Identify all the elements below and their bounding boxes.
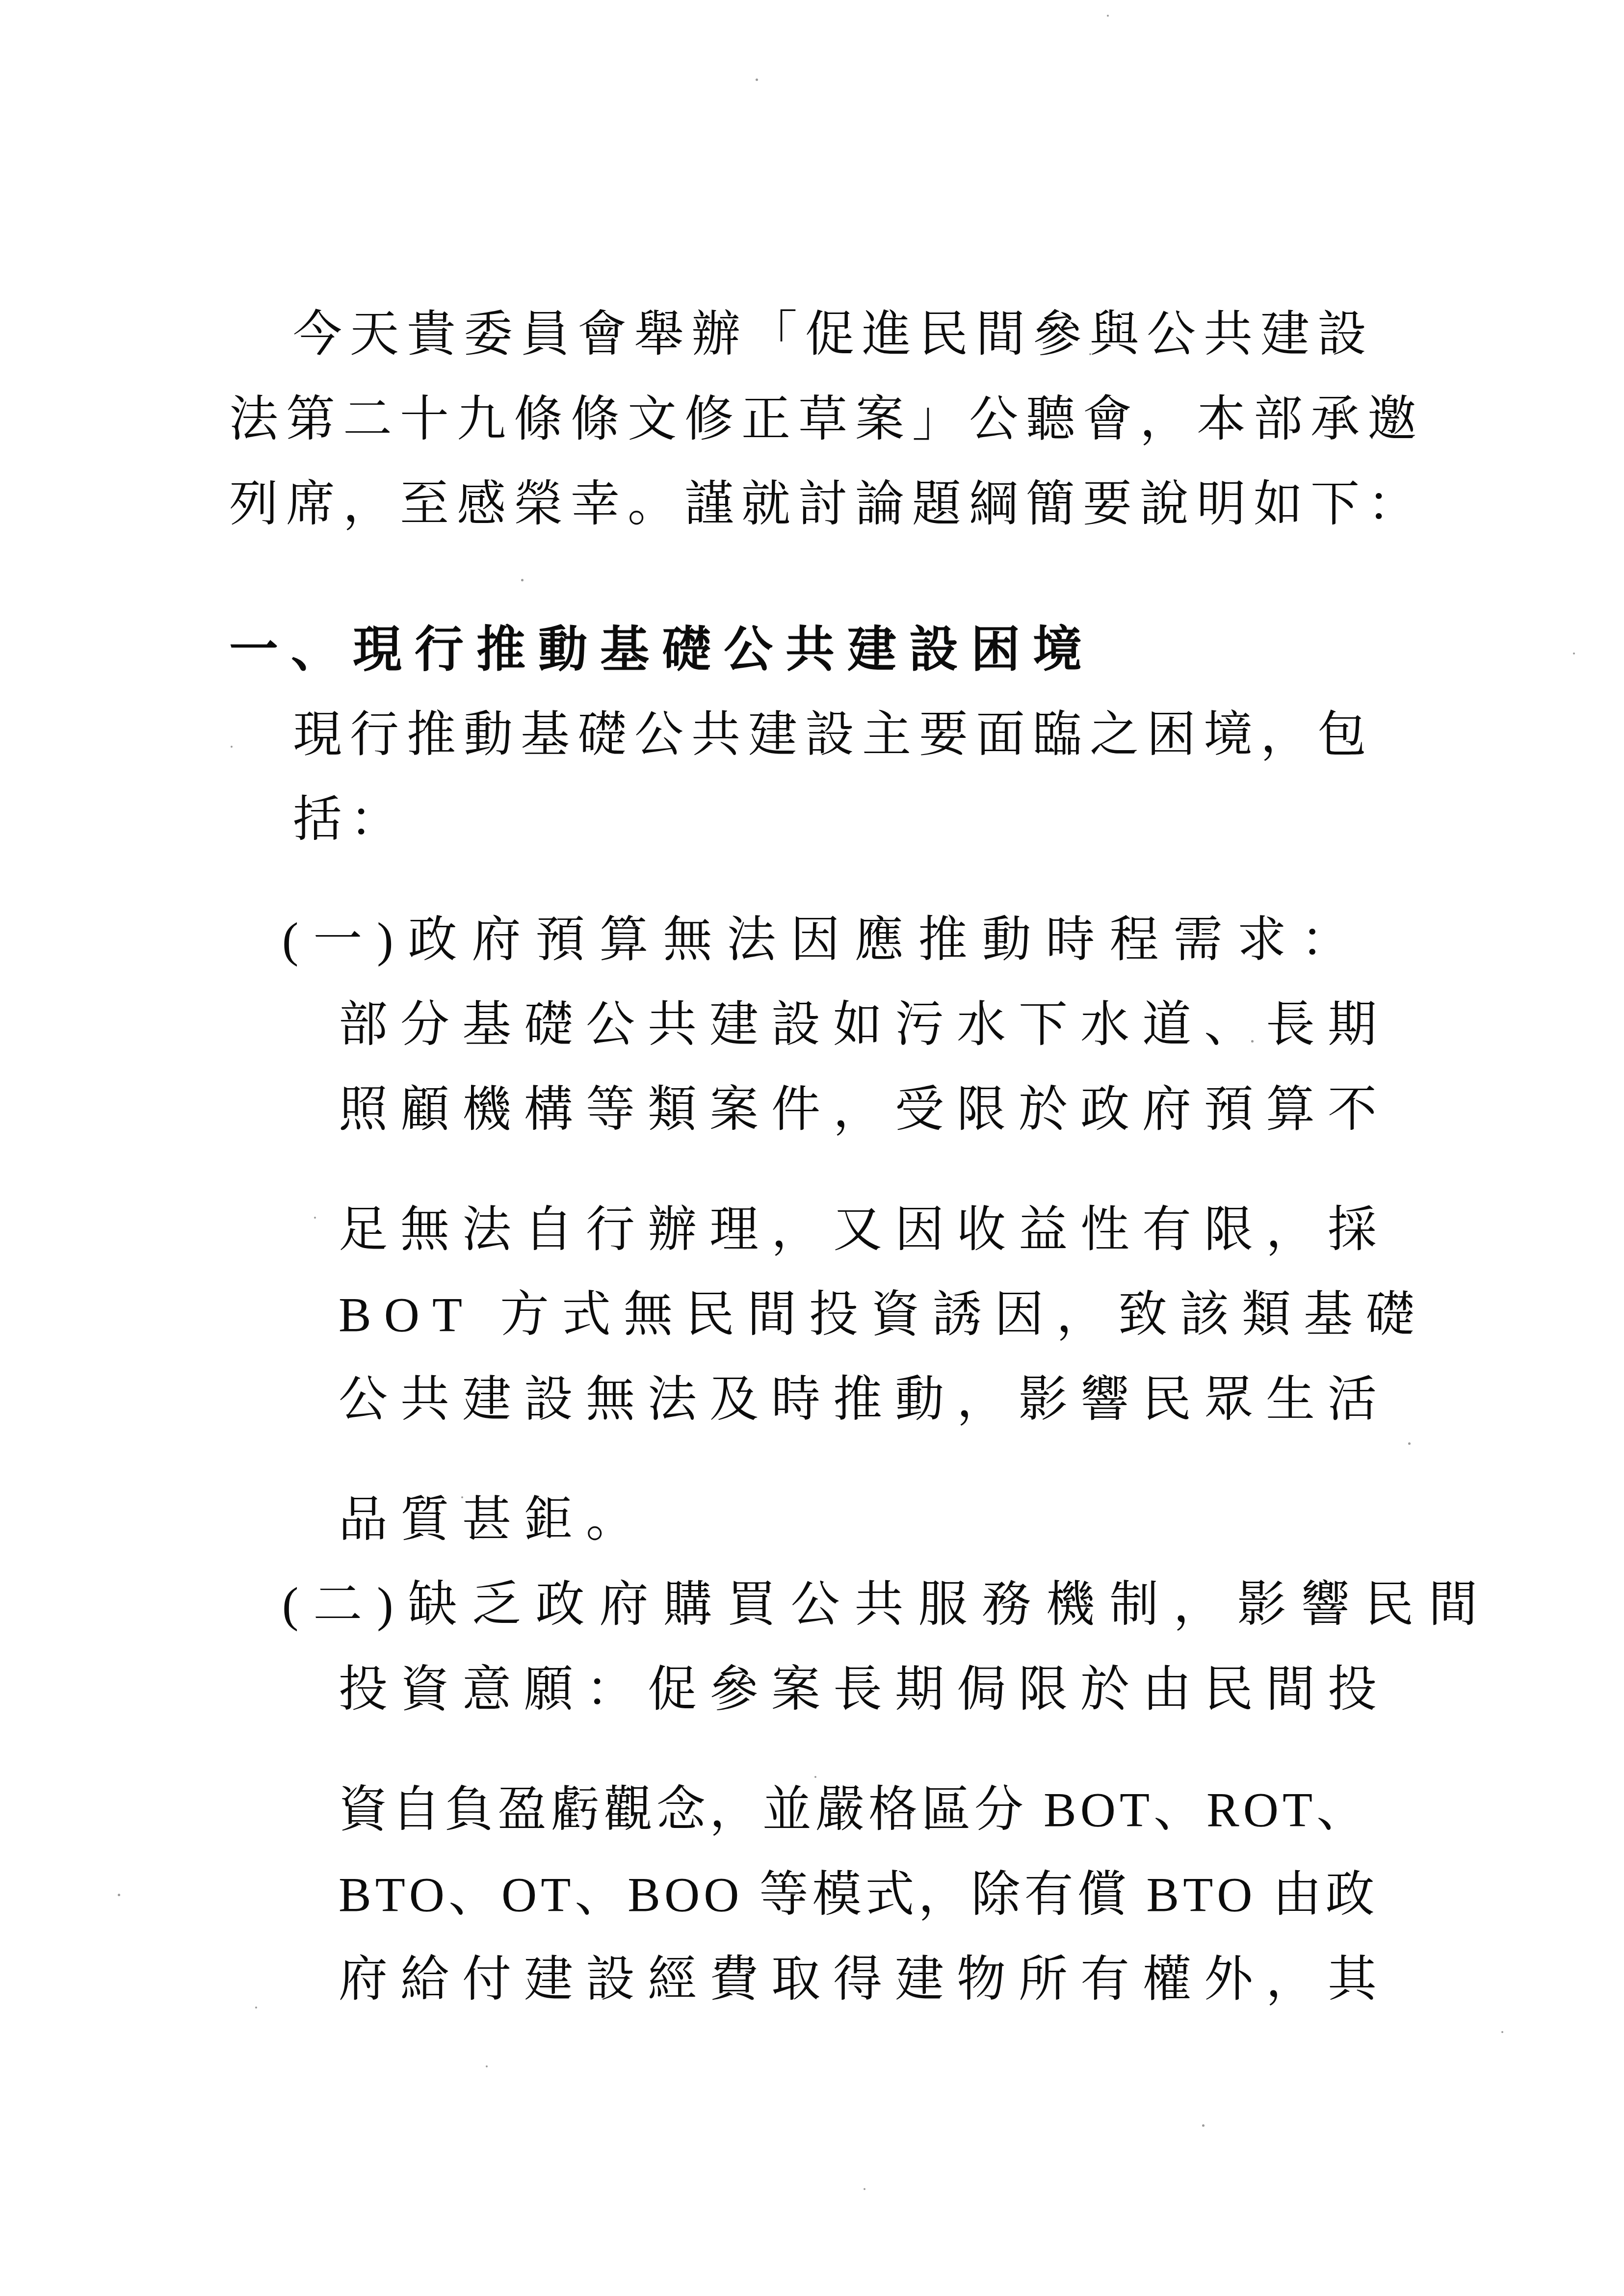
scan-speckle: [314, 1217, 316, 1219]
scan-speckle: [1202, 2124, 1205, 2127]
scan-speckle: [1573, 652, 1575, 654]
scan-speckle: [864, 2188, 865, 2190]
document-text-line: 法第二十九條條文修正草案」公聽會，本部承邀: [229, 392, 1424, 446]
scan-speckle: [486, 2065, 488, 2067]
document-text-line: 今天貴委員會舉辦「促進民間參與公共建設: [293, 308, 1374, 362]
scan-speckle: [1251, 1040, 1254, 1043]
document-text-line: (二)缺乏政府購買公共服務機制，影響民間: [282, 1578, 1493, 1632]
section-heading: 一、現行推動基礎公共建設困境: [229, 623, 1095, 677]
document-text-line: BTO、OT、BOO 等模式，除有償 BTO 由政: [339, 1868, 1378, 1922]
scan-speckle: [255, 2007, 257, 2009]
document-text-line: 部分基礎公共建設如污水下水道、長期: [339, 998, 1389, 1052]
document-text-line: 公共建設無法及時推動，影響民眾生活: [339, 1373, 1389, 1427]
document-text-line: 照顧機構等類案件，受限於政府預算不: [339, 1083, 1389, 1137]
scan-speckle: [1089, 353, 1091, 355]
scan-speckle: [756, 78, 758, 81]
document-text-line: 列席，至感榮幸。謹就討論題綱簡要說明如下：: [229, 477, 1424, 531]
document-text-line: 品質甚鉅。: [339, 1493, 648, 1547]
document-text-line: 括：: [293, 793, 407, 847]
document-text-line: 現行推動基礎公共建設主要面臨之困境，包: [293, 708, 1374, 762]
document-text-line: 資自負盈虧觀念，並嚴格區分 BOT、ROT、: [339, 1783, 1369, 1837]
scan-speckle: [1408, 1442, 1411, 1445]
scan-speckle: [118, 1894, 120, 1896]
scan-speckle: [1107, 15, 1109, 17]
scan-speckle: [231, 746, 233, 748]
scanned-document-page: 今天貴委員會舉辦「促進民間參與公共建設法第二十九條條文修正草案」公聽會，本部承邀…: [0, 0, 1624, 2296]
scan-speckle: [521, 579, 524, 581]
document-text-line: BOT 方式無民間投資誘因，致該類基礎: [339, 1288, 1427, 1342]
scan-speckle: [814, 1776, 816, 1778]
document-text-line: 府給付建設經費取得建物所有權外，其: [339, 1953, 1389, 2007]
scan-speckle: [687, 1119, 689, 1121]
document-text-line: 足無法自行辦理，又因收益性有限，採: [339, 1203, 1389, 1257]
document-text-line: 投資意願：促參案長期侷限於由民間投: [339, 1663, 1389, 1717]
scan-speckle: [1501, 2031, 1503, 2033]
document-text-line: (一)政府預算無法因應推動時程需求：: [282, 913, 1365, 967]
scan-speckle: [461, 1496, 463, 1498]
